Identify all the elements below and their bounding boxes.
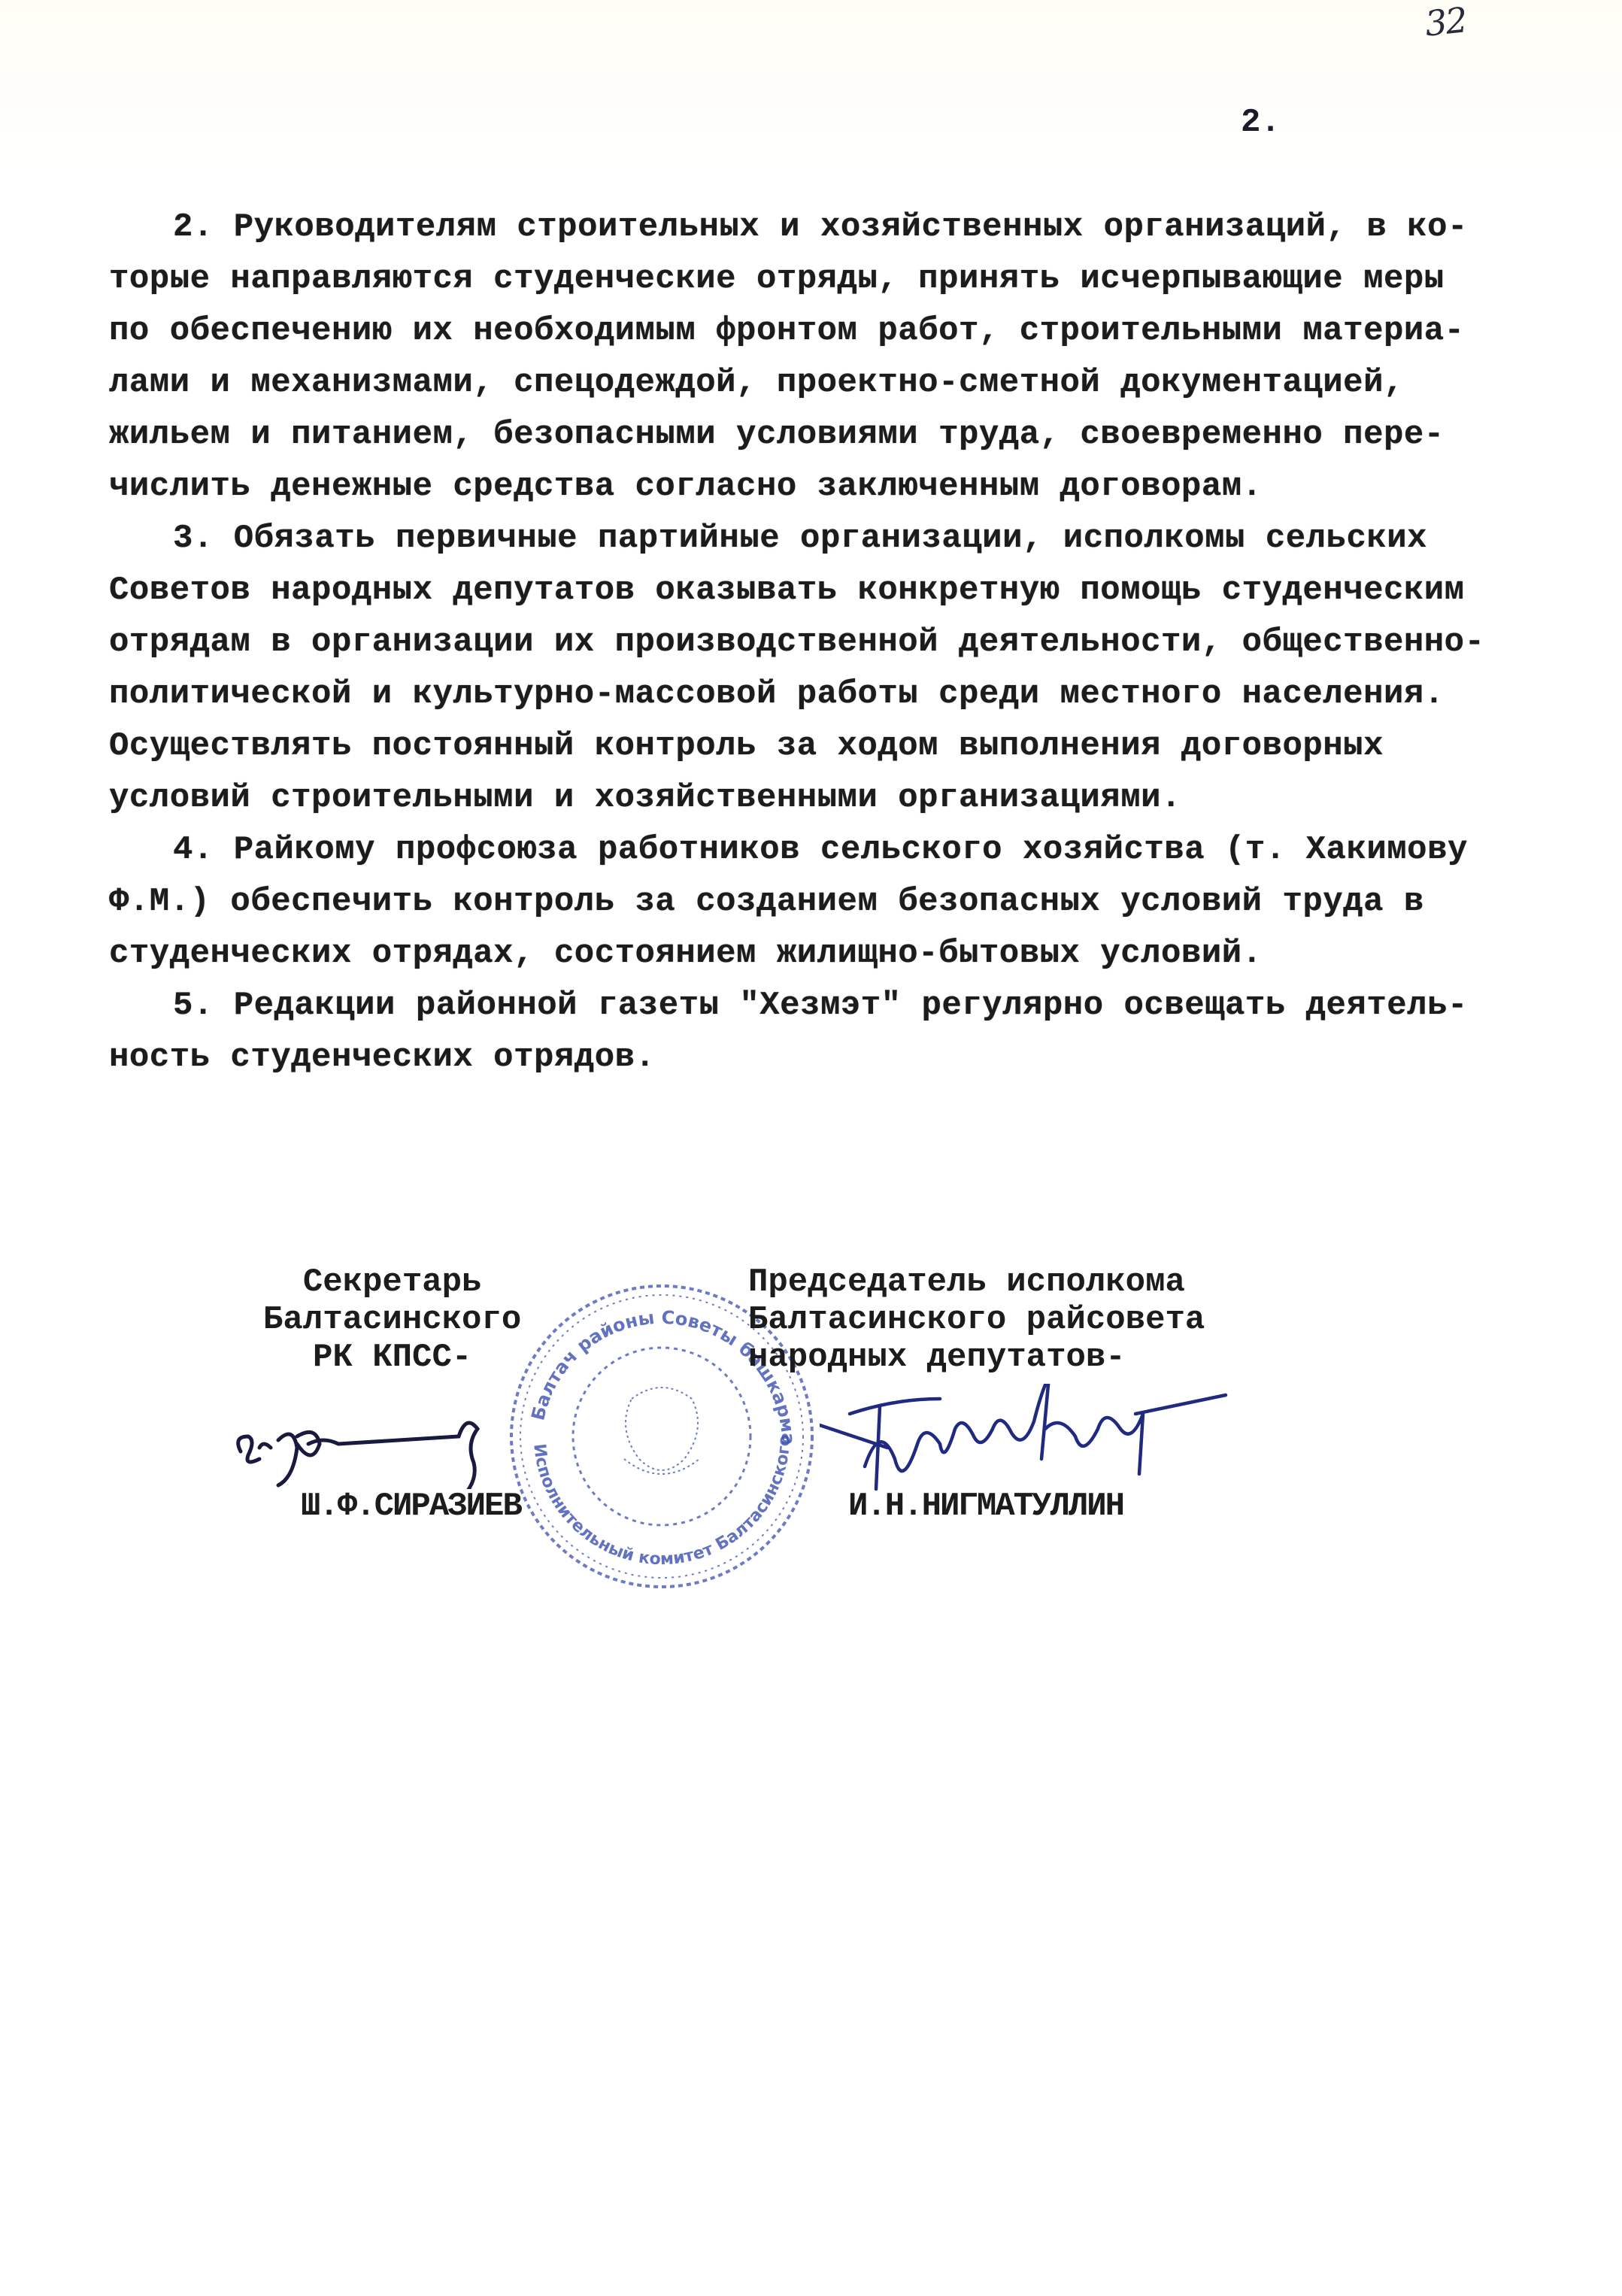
signature-block: Балтач районы Советы башкарма комитеты И…: [0, 0, 1622, 2296]
left-title-line: Секретарь: [263, 1263, 521, 1301]
right-title-line: народных депутатов-: [748, 1339, 1205, 1376]
left-title-line: Балтасинского: [263, 1301, 521, 1339]
left-signatory-name: Ш.Ф.СИРАЗИЕВ: [301, 1488, 521, 1525]
right-title-line: Балтасинского райсовета: [748, 1301, 1205, 1339]
right-handwritten-signature-icon: [820, 1384, 1241, 1497]
right-signatory-title: Председатель исполкома Балтасинского рай…: [748, 1263, 1205, 1376]
document-page: 32 2. 2. Руководителям строительных и хо…: [0, 0, 1622, 2296]
left-handwritten-signature-icon: [226, 1406, 541, 1489]
right-signatory-name: И.Н.НИГМАТУЛЛИН: [848, 1488, 1123, 1525]
left-title-line: РК КПСС-: [263, 1339, 521, 1376]
right-title-line: Председатель исполкома: [748, 1263, 1205, 1301]
left-signatory-title: Секретарь Балтасинского РК КПСС-: [263, 1263, 521, 1376]
